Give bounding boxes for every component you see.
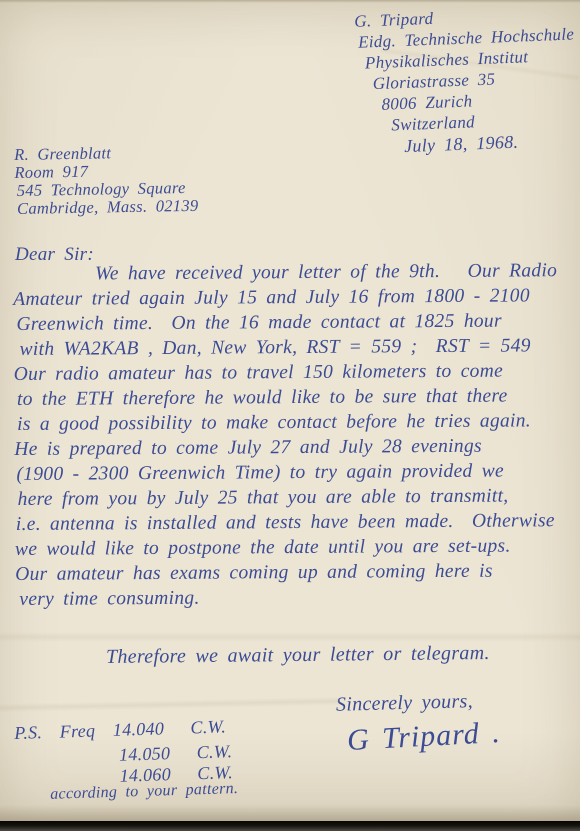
letter-date: July 18, 1968.	[404, 130, 579, 158]
signature: G Tripard .	[346, 718, 501, 756]
scan-backdrop-edge	[0, 821, 580, 831]
body-paragraph: We have received your letter of the 9th.…	[13, 261, 560, 615]
scanned-letter-page: G. Tripard Eidg. Technische Hochschule P…	[0, 0, 580, 831]
body-line: Our amateur has exams coming up and comi…	[15, 561, 559, 590]
recipient-line: Cambridge, Mass. 02139	[17, 198, 199, 219]
closing-line: Therefore we await your letter or telegr…	[106, 643, 490, 667]
recipient-address: R. Greenblatt Room 917 545 Technology Sq…	[14, 144, 199, 219]
body-line: very time consuming.	[19, 586, 559, 615]
sender-address: G. Tripard Eidg. Technische Hochschule P…	[350, 4, 579, 159]
paper-bottom-shadow	[0, 805, 580, 821]
postscript-line: 14.050 C.W.	[119, 742, 233, 764]
paper-crease	[0, 696, 340, 712]
postscript-line: according to your pattern.	[50, 781, 238, 803]
postscript-line: P.S. Freq 14.040 C.W.	[14, 717, 226, 742]
paper-crease	[0, 632, 580, 642]
paper-top-edge	[0, 0, 580, 3]
valediction: Sincerely yours,	[336, 691, 473, 715]
salutation: Dear Sir:	[15, 245, 94, 264]
